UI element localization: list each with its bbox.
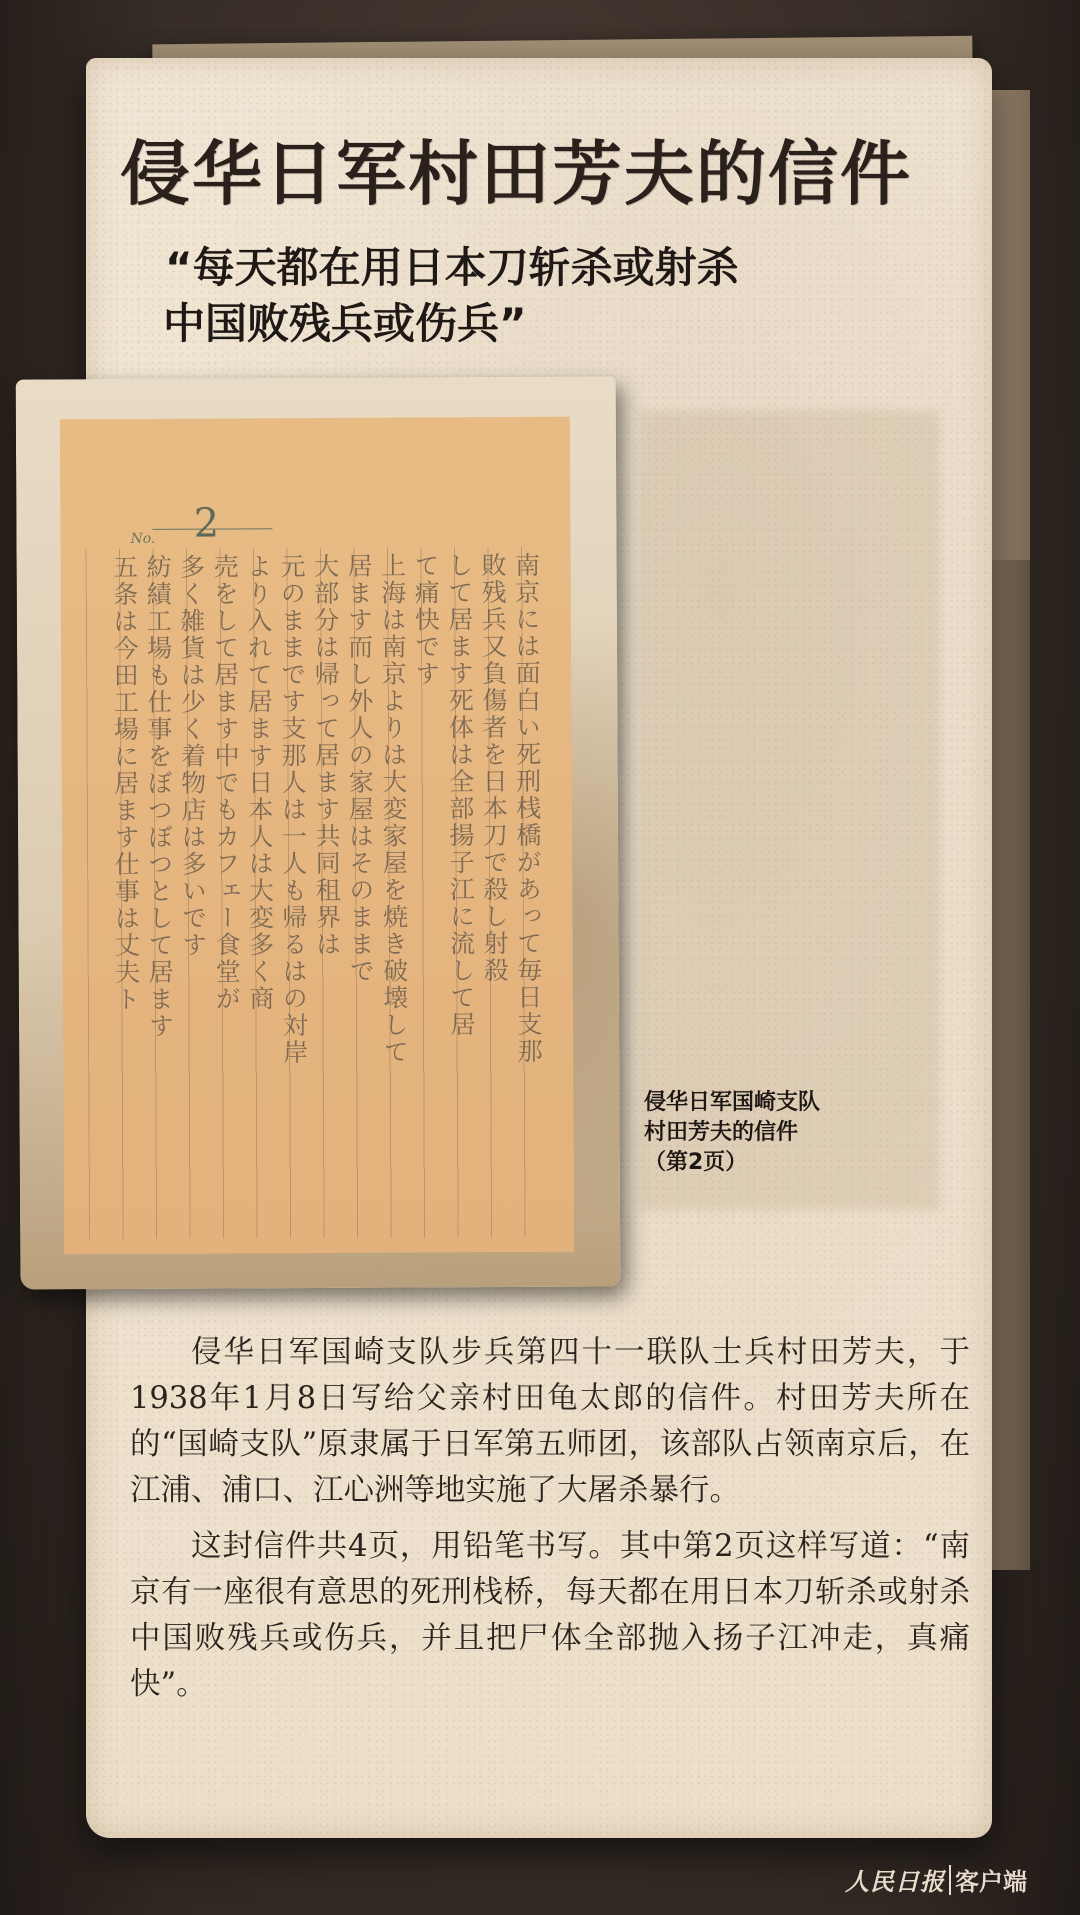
subtitle-line-2: 中国败残兵或伤兵” — [163, 296, 945, 352]
handwriting-column: して居ます死体は全部揚子江に流して居 — [442, 552, 479, 1242]
handwriting-column: 居ます而し外人の家屋はそのままで — [342, 553, 379, 1243]
page-subtitle: “每天都在用日本刀斩杀或射杀 中国败残兵或伤兵” — [165, 240, 945, 352]
brand-divider — [949, 1865, 951, 1895]
letter-page-number: No. 2 — [130, 507, 219, 553]
body-paragraph-1: 侵华日军国崎支队步兵第四十一联队士兵村田芳夫，于1938年1月8日写给父亲村田龟… — [130, 1330, 970, 1514]
handwriting-column: より入れて居ます日本人は大変多く商 — [241, 553, 278, 1243]
page-number-value: 2 — [194, 501, 220, 547]
caption-line-2: 村田芳夫的信件 — [644, 1118, 820, 1148]
letter-photo: No. 2 南京には面白い死刑桟橋があって毎日支那敗残兵又負傷者を日本刀で殺し射… — [16, 376, 621, 1289]
handwriting-column: 大部分は帰って居ます共同租界は — [308, 553, 345, 1243]
article-body: 侵华日军国崎支队步兵第四十一联队士兵村田芳夫，于1938年1月8日写给父亲村田龟… — [130, 1330, 970, 1718]
handwriting-columns: 南京には面白い死刑桟橋があって毎日支那敗残兵又負傷者を日本刀で殺し射殺して居ます… — [107, 552, 546, 1244]
client-label: 客户端 — [955, 1862, 1027, 1897]
handwriting-column: 南京には面白い死刑桟橋があって毎日支那 — [509, 552, 546, 1242]
subtitle-line-1: “每天都在用日本刀斩杀或射杀 — [165, 243, 739, 292]
handwriting-column: 敗残兵又負傷者を日本刀で殺し射殺 — [476, 552, 513, 1242]
handwriting-column: 元のままです支那人は一人も帰るはの対岸 — [275, 553, 312, 1243]
back-paper-edge-lower — [990, 560, 1030, 1570]
page-title: 侵华日军村田芳夫的信件 — [120, 118, 980, 219]
handwriting-column: 紡績工場も仕事をぼつぼつとして居ます — [141, 554, 178, 1244]
people-daily-logo: 人民日报 — [845, 1862, 945, 1897]
page-number-prefix: No. — [130, 531, 155, 547]
handwriting-column: 売をして居ます中でもカフェー食堂が — [208, 553, 245, 1243]
handwriting-column: 多く雑貨は少く着物店は多いです — [174, 554, 211, 1244]
handwriting-column: て痛快です — [409, 552, 446, 1242]
letter-page: No. 2 南京には面白い死刑桟橋があって毎日支那敗残兵又負傷者を日本刀で殺し射… — [60, 417, 574, 1255]
caption-line-1: 侵华日军国崎支队 — [644, 1088, 820, 1118]
caption-line-3: （第2页） — [644, 1148, 820, 1178]
handwriting-column: 上海は南京よりは大変家屋を焼き破壊して — [375, 553, 412, 1243]
brand-footer: 人民日报 客户端 — [845, 1862, 1027, 1897]
body-paragraph-2: 这封信件共4页，用铅笔书写。其中第2页这样写道：“南京有一座很有意思的死刑栈桥，… — [130, 1524, 970, 1708]
handwriting-column: 五条は今田工場に居ます仕事は丈夫ト — [107, 554, 144, 1244]
photo-caption: 侵华日军国崎支队 村田芳夫的信件 （第2页） — [644, 1088, 820, 1178]
